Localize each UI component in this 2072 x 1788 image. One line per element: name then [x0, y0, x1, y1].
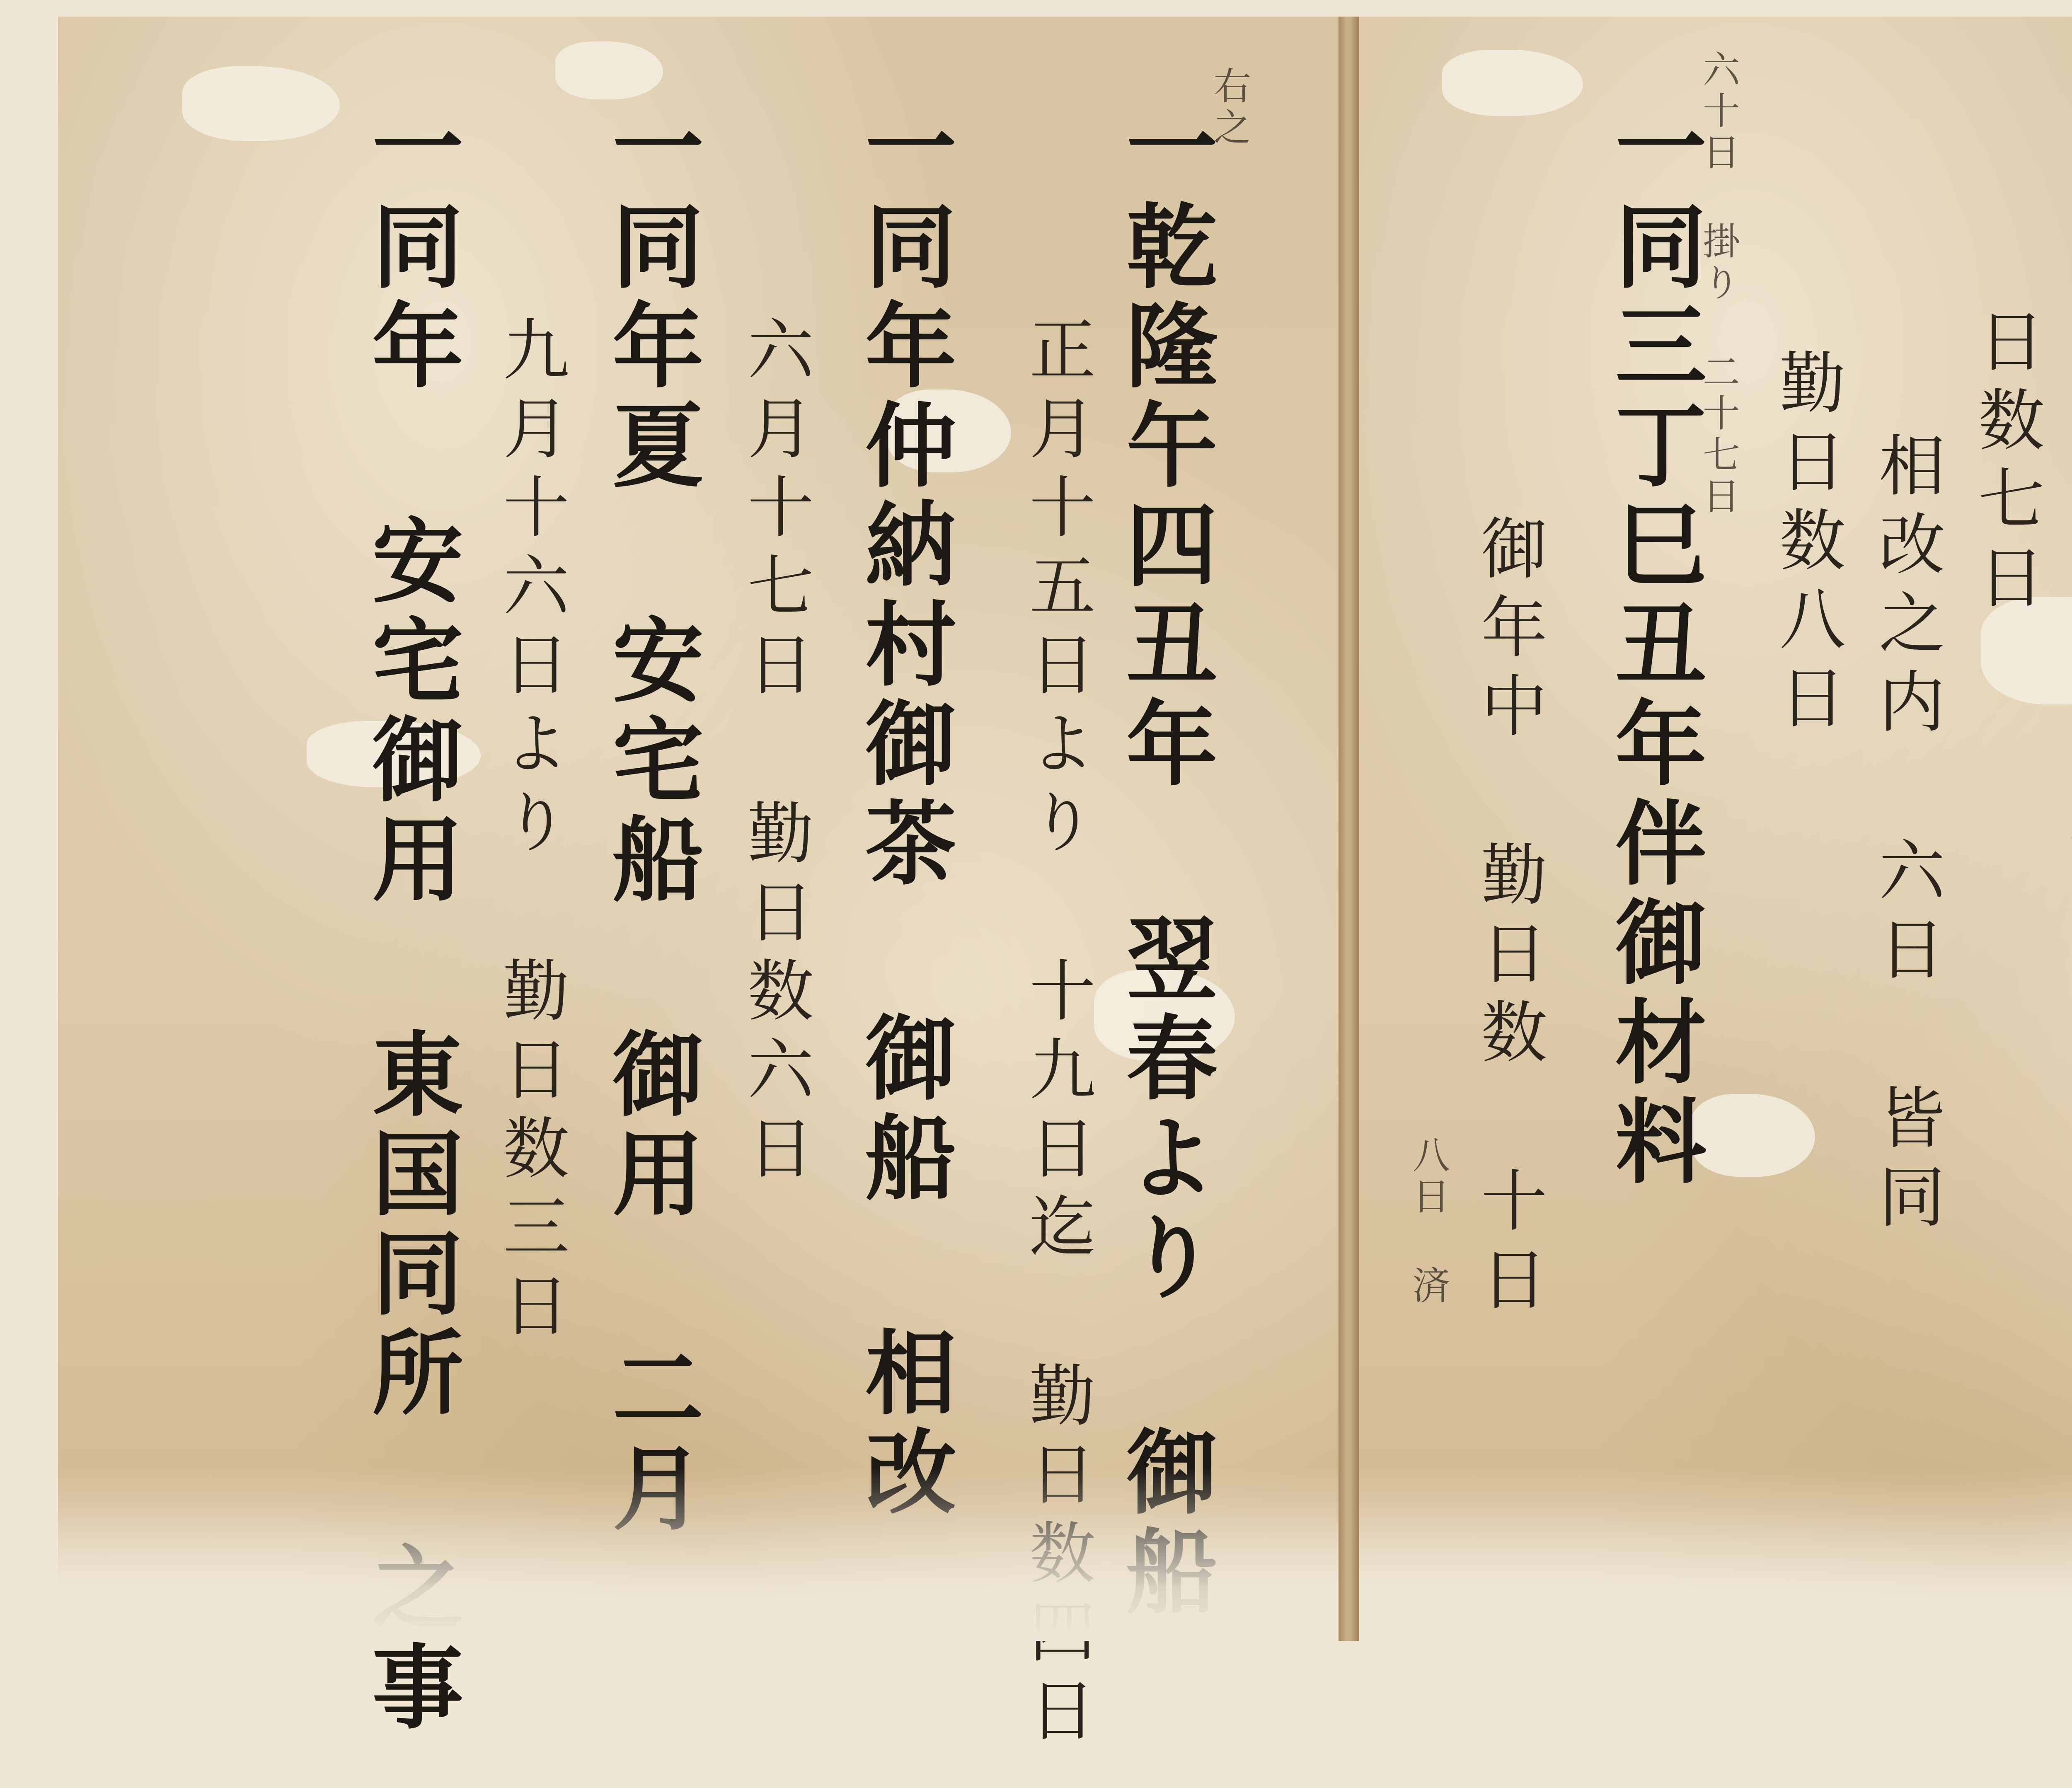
- annotation-column: 八日 済: [1409, 1135, 1446, 1307]
- bottom-water-stain: [58, 1467, 1339, 1641]
- book-gutter-fold: [1339, 17, 1359, 1641]
- paper-damage: [1442, 50, 1583, 116]
- entry-heading-column: 一同年仲納村御茶 御船 相改: [858, 99, 949, 1524]
- entry-heading-column: 一同年新造安宅船屋形之網代: [2064, 99, 2072, 1392]
- entry-detail-column: 九月十六日より 勤日数三日: [497, 315, 564, 1350]
- entry-detail-column: 勤日数八日: [1774, 348, 1840, 742]
- scan-background: 右之 一乾隆午四丑年 翌春より 御船 正月十五日より 十九日迄 勤日数四日 一同…: [0, 0, 2072, 1788]
- entry-heading-column: 一同三丁巳丑年伴御材料: [1608, 99, 1699, 1193]
- bottom-water-stain: [1359, 1467, 2072, 1641]
- entry-detail-column: 相改之内 六日 皆同: [1873, 431, 1939, 1241]
- entry-detail-column: 六月十七日 勤日数六日: [742, 315, 808, 1192]
- entry-heading-column: 一同年夏 安宅船 御用 二月: [605, 99, 696, 1540]
- book-spread: 右之 一乾隆午四丑年 翌春より 御船 正月十五日より 十九日迄 勤日数四日 一同…: [58, 17, 2072, 1641]
- left-page: 右之 一乾隆午四丑年 翌春より 御船 正月十五日より 十九日迄 勤日数四日 一同…: [58, 17, 1339, 1641]
- entry-heading-column: 一乾隆午四丑年 翌春より 御船: [1119, 99, 1210, 1623]
- entry-detail-column: 御年中 勤日数 十日: [1475, 514, 1542, 1323]
- paper-damage: [182, 66, 340, 141]
- paper-damage: [1691, 1094, 1815, 1177]
- right-page: 卯八月二日 六月五日改七日迄七日 一同年新造安宅船屋形之網代 日数七日 相改之内…: [1359, 17, 2072, 1641]
- paper-damage: [555, 41, 663, 99]
- entry-detail-column: 日数七日: [1973, 307, 2039, 622]
